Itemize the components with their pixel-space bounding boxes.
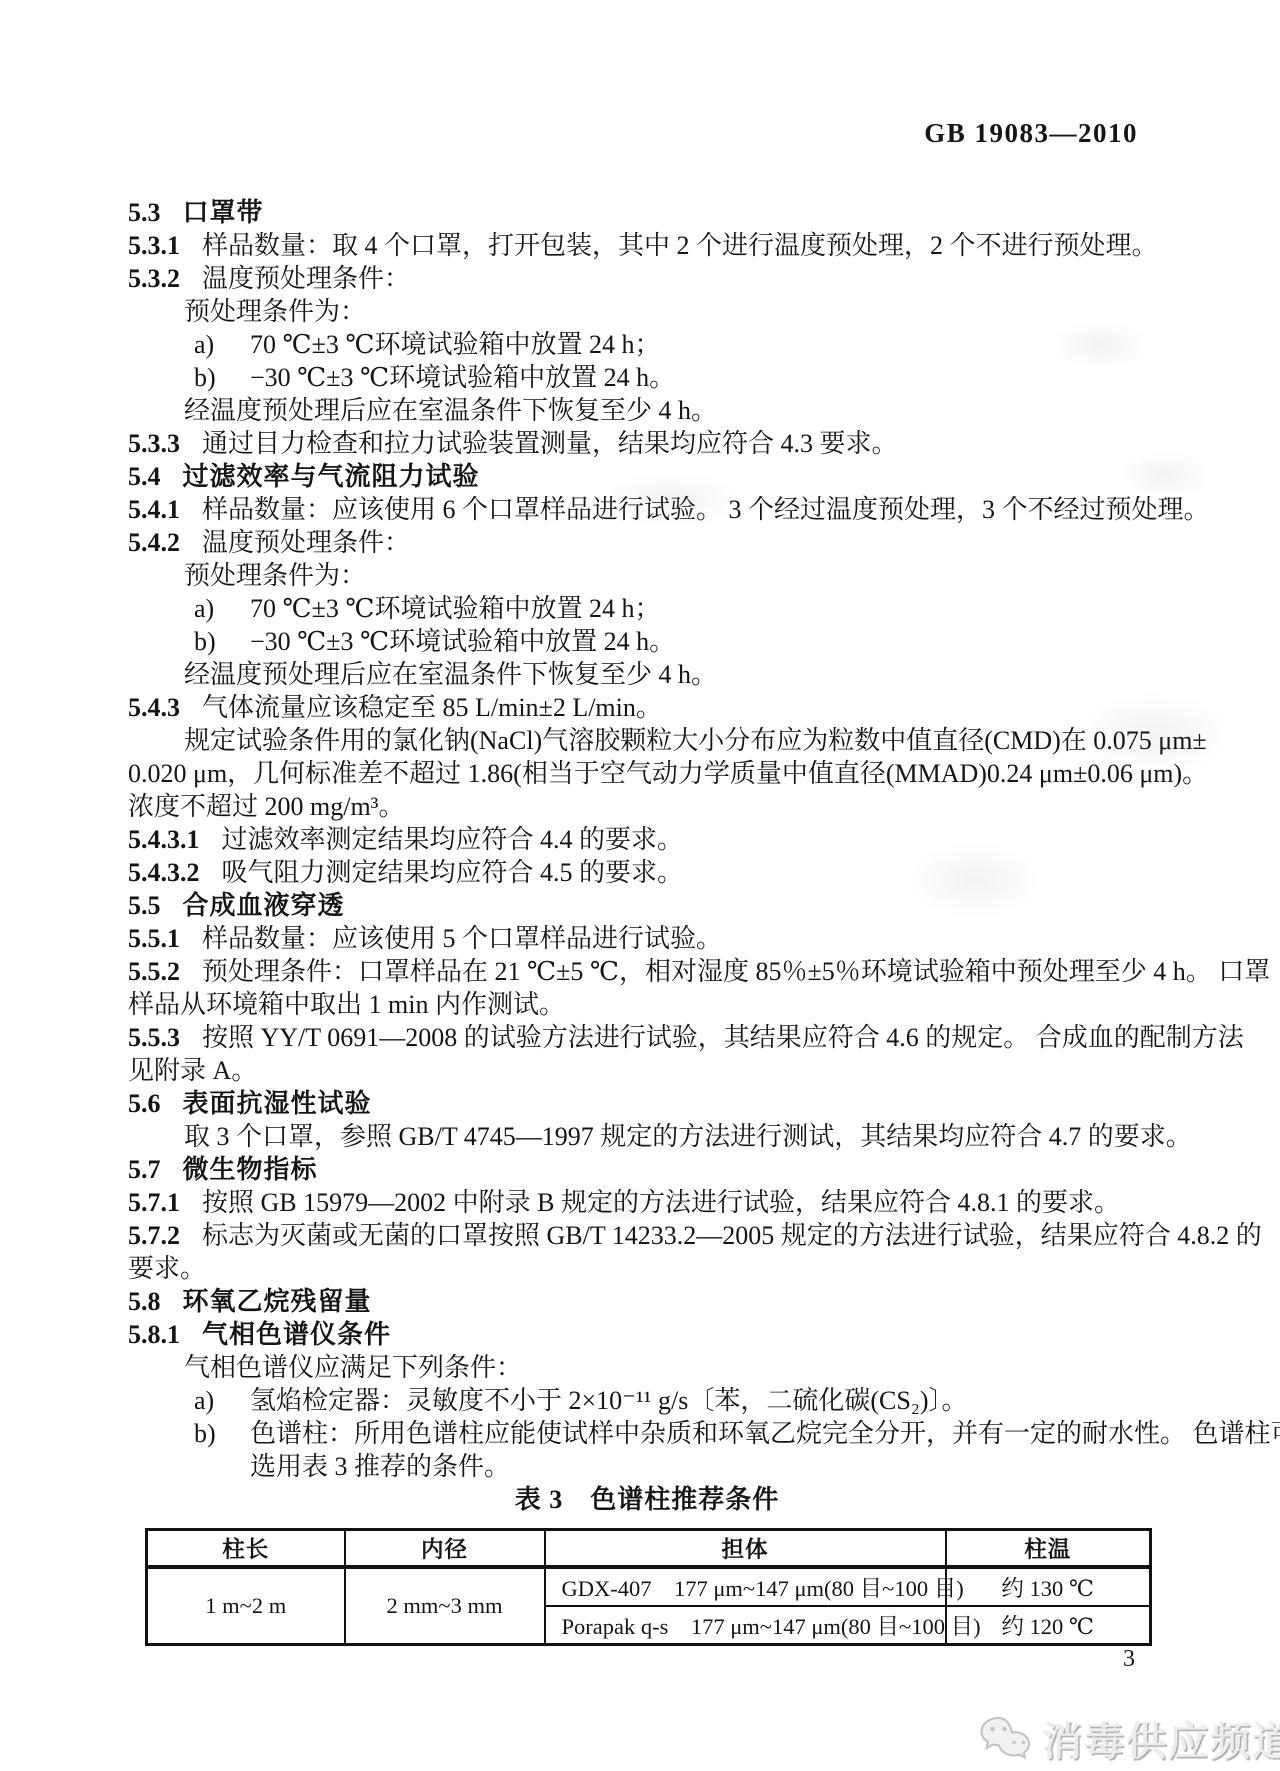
table3-header-inner-diameter: 内径 [345, 1530, 545, 1568]
heading-5.3: 5.3口罩带 [128, 196, 1158, 229]
clause-number: 5.7.2 [128, 1221, 180, 1250]
list-label: b) [194, 361, 250, 394]
clause-number: 5.5.2 [128, 957, 180, 986]
clause-5.3.3: 5.3.3通过目力检查和拉力试验装置测量，结果均应符合 4.3 要求。 [128, 427, 1158, 460]
clause-text: 过滤效率与气流阻力试验 [183, 462, 480, 491]
text-line: 经温度预处理后应在室温条件下恢复至少 4 h。 [128, 394, 1158, 427]
heading-5.7: 5.7微生物指标 [128, 1153, 1158, 1186]
cell-carrier-porapak: Porapak q-s 177 μm~147 μm(80 目~100 目) [545, 1606, 946, 1645]
clause-5.4.3: 5.4.3气体流量应该稳定至 85 L/min±2 L/min。 [128, 691, 1158, 724]
clause-5.4.3.1: 5.4.3.1过滤效率测定结果均应符合 4.4 的要求。 [128, 823, 1158, 856]
clause-number: 5.5 [128, 891, 161, 920]
text-line: 取 3 个口罩，参照 GB/T 4745—1997 规定的方法进行测试，其结果均… [128, 1120, 1158, 1153]
clause-text: 吸气阻力测定结果均应符合 4.5 的要求。 [222, 858, 684, 887]
clause-5.3.1: 5.3.1样品数量：取 4 个口罩，打开包装，其中 2 个进行温度预处理，2 个… [128, 229, 1158, 262]
clause-number: 5.3.2 [128, 264, 180, 293]
clause-number: 5.4.3.2 [128, 858, 200, 887]
table-row: 1 m~2 m 2 mm~3 mm GDX-407 177 μm~147 μm(… [147, 1567, 1151, 1606]
list-label: a) [194, 1384, 250, 1417]
list-text: 70 ℃±3 ℃环境试验箱中放置 24 h； [250, 330, 660, 359]
cell-carrier-gdx407: GDX-407 177 μm~147 μm(80 目~100 目) [545, 1567, 946, 1606]
clause-number: 5.6 [128, 1089, 161, 1118]
clause-text: 过滤效率测定结果均应符合 4.4 的要求。 [222, 825, 684, 854]
clause-5.7.2: 5.7.2标志为灭菌或无菌的口罩按照 GB/T 14233.2—2005 规定的… [128, 1219, 1158, 1252]
text-line: 气相色谱仪应满足下列条件： [128, 1351, 1158, 1384]
document-page: GB 19083—2010 5.3口罩带5.3.1样品数量：取 4 个口罩，打开… [0, 0, 1280, 1771]
clause-text: 气相色谱仪条件 [202, 1320, 391, 1349]
cell-temp-gdx407: 约 130 ℃ [946, 1567, 1151, 1606]
standard-number: GB 19083—2010 [924, 118, 1138, 149]
clause-number: 5.3.3 [128, 429, 180, 458]
clause-5.5.1: 5.5.1样品数量：应该使用 5 个口罩样品进行试验。 [128, 922, 1158, 955]
clause-number: 5.3 [128, 198, 161, 227]
text-line: 选用表 3 推荐的条件。 [128, 1450, 1158, 1483]
watermark: 消毒供应频道 [978, 1710, 1280, 1767]
clause-text: 温度预处理条件： [202, 264, 410, 293]
cell-inner-diameter: 2 mm~3 mm [345, 1567, 545, 1645]
wechat-icon [978, 1715, 1034, 1763]
clause-number: 5.8.1 [128, 1320, 180, 1349]
clause-text: 样品数量：应该使用 6 个口罩样品进行试验。 3 个经过温度预处理，3 个不经过… [202, 495, 1210, 524]
clause-number: 5.4.2 [128, 528, 180, 557]
clause-text: 通过目力检查和拉力试验装置测量，结果均应符合 4.3 要求。 [202, 429, 898, 458]
clause-number: 5.4.3.1 [128, 825, 200, 854]
clause-5.7.1: 5.7.1按照 GB 15979—2002 中附录 B 规定的方法进行试验，结果… [128, 1186, 1158, 1219]
list-label: a) [194, 328, 250, 361]
clause-text: 表面抗湿性试验 [183, 1089, 372, 1118]
heading-5.8.1: 5.8.1气相色谱仪条件 [128, 1318, 1158, 1351]
clause-text: 微生物指标 [183, 1155, 318, 1184]
text-line: 样品从环境箱中取出 1 min 内作测试。 [128, 988, 1158, 1021]
table3-header-column-temp: 柱温 [946, 1530, 1151, 1568]
clause-text: 样品数量：应该使用 5 个口罩样品进行试验。 [202, 924, 722, 953]
text-line: 预处理条件为： [128, 295, 1158, 328]
list-text: −30 ℃±3 ℃环境试验箱中放置 24 h。 [250, 627, 675, 656]
list-item-a: a)70 ℃±3 ℃环境试验箱中放置 24 h； [128, 328, 1158, 361]
clause-5.4.1: 5.4.1样品数量：应该使用 6 个口罩样品进行试验。 3 个经过温度预处理，3… [128, 493, 1158, 526]
text-line: 见附录 A。 [128, 1054, 1158, 1087]
table3-header-column-length: 柱长 [147, 1530, 345, 1568]
list-label: b) [194, 625, 250, 658]
watermark-text: 消毒供应频道 [1042, 1710, 1280, 1767]
clause-number: 5.7.1 [128, 1188, 180, 1217]
text-line: 0.020 μm，几何标准差不超过 1.86(相当于空气动力学质量中值直径(MM… [128, 757, 1158, 790]
text-line: 要求。 [128, 1252, 1158, 1285]
clause-number: 5.5.3 [128, 1023, 180, 1052]
heading-5.8: 5.8环氧乙烷残留量 [128, 1285, 1158, 1318]
list-item-b: b)色谱柱：所用色谱柱应能使试样中杂质和环氧乙烷完全分开，并有一定的耐水性。 色… [128, 1417, 1158, 1450]
clause-5.4.2: 5.4.2温度预处理条件： [128, 526, 1158, 559]
document-body: 5.3口罩带5.3.1样品数量：取 4 个口罩，打开包装，其中 2 个进行温度预… [128, 196, 1158, 1516]
clause-text: 样品数量：取 4 个口罩，打开包装，其中 2 个进行温度预处理，2 个不进行预处… [202, 231, 1158, 260]
text-line: 浓度不超过 200 mg/m³。 [128, 790, 1158, 823]
heading-5.5: 5.5合成血液穿透 [128, 889, 1158, 922]
clause-5.5.2: 5.5.2预处理条件：口罩样品在 21 ℃±5 ℃，相对湿度 85％±5％环境试… [128, 955, 1158, 988]
table3-header-row: 柱长 内径 担体 柱温 [147, 1530, 1151, 1568]
text-line: 规定试验条件用的氯化钠(NaCl)气溶胶颗粒大小分布应为粒数中值直径(CMD)在… [128, 724, 1158, 757]
clause-number: 5.4 [128, 462, 161, 491]
clause-text: 按照 YY/T 0691—2008 的试验方法进行试验，其结果应符合 4.6 的… [202, 1023, 1244, 1052]
clause-text: 气体流量应该稳定至 85 L/min±2 L/min。 [202, 693, 662, 722]
heading-5.6: 5.6表面抗湿性试验 [128, 1087, 1158, 1120]
clause-number: 5.5.1 [128, 924, 180, 953]
clause-text: 按照 GB 15979—2002 中附录 B 规定的方法进行试验，结果应符合 4… [202, 1188, 1120, 1217]
clause-5.3.2: 5.3.2温度预处理条件： [128, 262, 1158, 295]
list-text: −30 ℃±3 ℃环境试验箱中放置 24 h。 [250, 363, 675, 392]
list-item-b: b)−30 ℃±3 ℃环境试验箱中放置 24 h。 [128, 361, 1158, 394]
table3-title: 表 3 色谱柱推荐条件 [145, 1483, 1149, 1516]
list-item-a: a)70 ℃±3 ℃环境试验箱中放置 24 h； [128, 592, 1158, 625]
clause-5.4.3.2: 5.4.3.2吸气阻力测定结果均应符合 4.5 的要求。 [128, 856, 1158, 889]
clause-text: 预处理条件：口罩样品在 21 ℃±5 ℃，相对湿度 85％±5％环境试验箱中预处… [202, 957, 1270, 986]
clause-number: 5.4.1 [128, 495, 180, 524]
clause-number: 5.4.3 [128, 693, 180, 722]
list-text: 色谱柱：所用色谱柱应能使试样中杂质和环氧乙烷完全分开，并有一定的耐水性。 色谱柱… [250, 1419, 1280, 1448]
page-number: 3 [1123, 1646, 1135, 1673]
clause-number: 5.8 [128, 1287, 161, 1316]
table3-recommended-column-conditions: 柱长 内径 担体 柱温 1 m~2 m 2 mm~3 mm GDX-407 17… [145, 1528, 1152, 1646]
clause-number: 5.3.1 [128, 231, 180, 260]
list-label: b) [194, 1417, 250, 1450]
list-text: 70 ℃±3 ℃环境试验箱中放置 24 h； [250, 594, 660, 623]
clause-text: 环氧乙烷残留量 [183, 1287, 372, 1316]
list-item-a: a)氢焰检定器：灵敏度不小于 2×10⁻¹¹ g/s〔苯，二硫化碳(CS₂)〕。 [128, 1384, 1158, 1417]
text-line: 经温度预处理后应在室温条件下恢复至少 4 h。 [128, 658, 1158, 691]
clause-text: 标志为灭菌或无菌的口罩按照 GB/T 14233.2—2005 规定的方法进行试… [202, 1221, 1262, 1250]
cell-column-length: 1 m~2 m [147, 1567, 345, 1645]
table3-header-carrier: 担体 [545, 1530, 946, 1568]
clause-text: 温度预处理条件： [202, 528, 410, 557]
clause-text: 口罩带 [183, 198, 264, 227]
clause-5.5.3: 5.5.3按照 YY/T 0691—2008 的试验方法进行试验，其结果应符合 … [128, 1021, 1158, 1054]
list-item-b: b)−30 ℃±3 ℃环境试验箱中放置 24 h。 [128, 625, 1158, 658]
clause-number: 5.7 [128, 1155, 161, 1184]
list-label: a) [194, 592, 250, 625]
clause-text: 合成血液穿透 [183, 891, 345, 920]
text-line: 预处理条件为： [128, 559, 1158, 592]
list-text: 氢焰检定器：灵敏度不小于 2×10⁻¹¹ g/s〔苯，二硫化碳(CS₂)〕。 [250, 1386, 968, 1415]
heading-5.4: 5.4过滤效率与气流阻力试验 [128, 460, 1158, 493]
